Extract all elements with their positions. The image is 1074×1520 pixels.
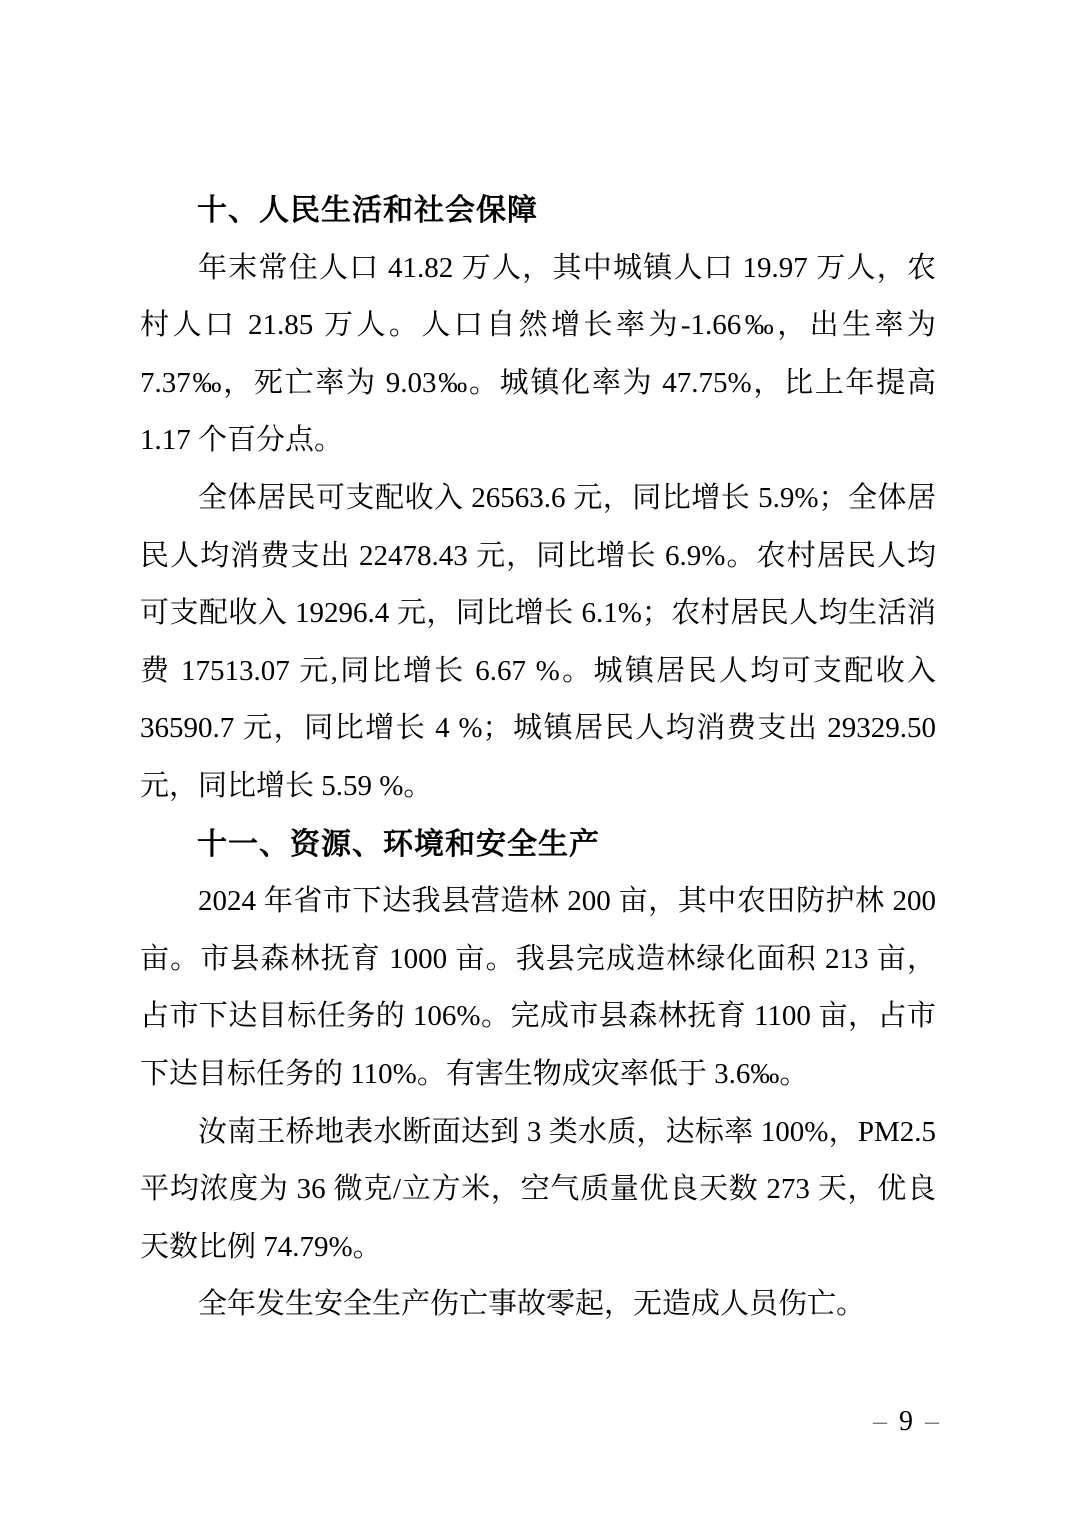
page-number: –9– [848, 1404, 964, 1440]
section-people-life: 十、人民生活和社会保障 年末常住人口 41.82 万人，其中城镇人口 19.97… [140, 182, 936, 816]
paragraph-forestry: 2024 年省市下达我县营造林 200 亩，其中农田防护林 200 亩。市县森林… [140, 873, 936, 1103]
page-number-dash-right: – [919, 1406, 945, 1437]
document-content: 十、人民生活和社会保障 年末常住人口 41.82 万人，其中城镇人口 19.97… [140, 182, 936, 1334]
paragraph-income: 全体居民可支配收入 26563.6 元，同比增长 5.9%；全体居民人均消费支出… [140, 470, 936, 816]
paragraph-population: 年末常住人口 41.82 万人，其中城镇人口 19.97 万人，农村人口 21.… [140, 240, 936, 470]
section-heading-people-life: 十、人民生活和社会保障 [140, 182, 936, 240]
section-resources-environment: 十一、资源、环境和安全生产 2024 年省市下达我县营造林 200 亩，其中农田… [140, 816, 936, 1334]
paragraph-safety-production: 全年发生安全生产伤亡事故零起，无造成人员伤亡。 [140, 1276, 936, 1334]
page-number-value: 9 [893, 1406, 919, 1437]
document-page: 十、人民生活和社会保障 年末常住人口 41.82 万人，其中城镇人口 19.97… [0, 0, 1074, 1520]
page-number-dash-left: – [867, 1406, 893, 1437]
paragraph-air-water-quality: 汝南王桥地表水断面达到 3 类水质，达标率 100%，PM2.5 平均浓度为 3… [140, 1104, 936, 1277]
section-heading-resources-environment: 十一、资源、环境和安全生产 [140, 816, 936, 874]
